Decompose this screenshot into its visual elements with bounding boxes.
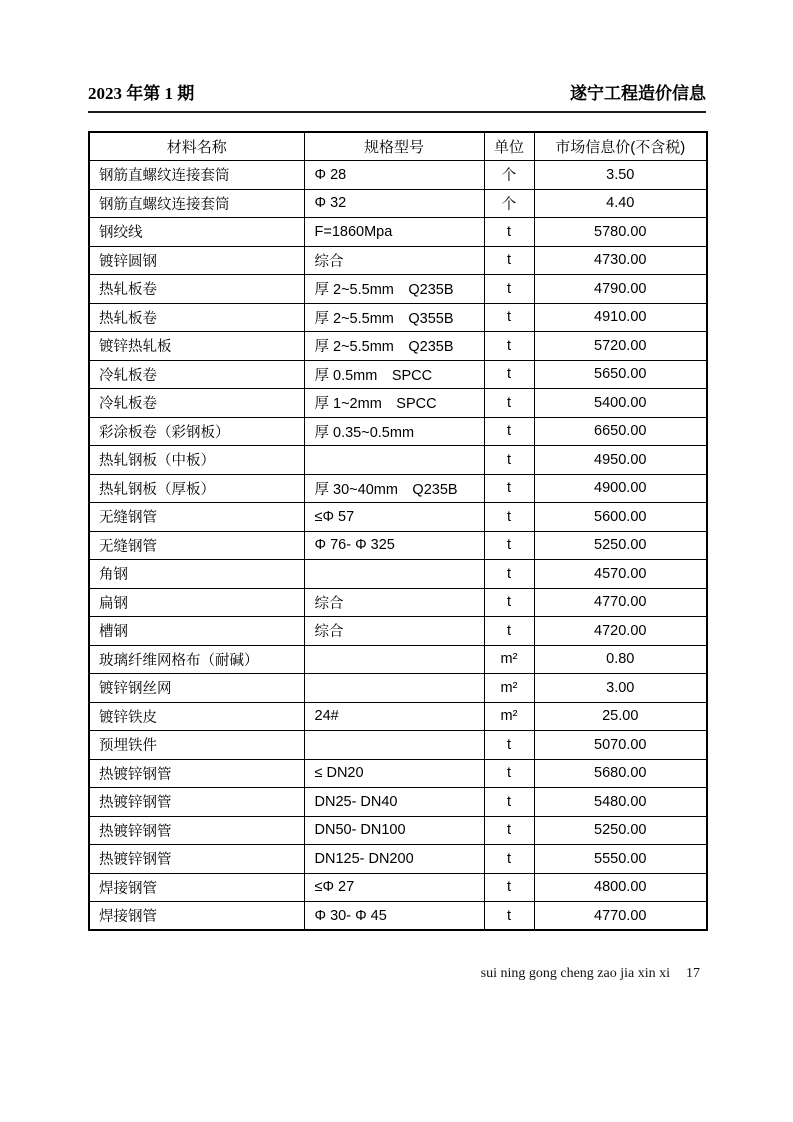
price-cell: 5250.00 xyxy=(534,531,707,560)
unit-cell: t xyxy=(484,474,534,503)
material-name-cell: 热镀锌钢管 xyxy=(89,845,304,874)
table-row: 扁钢综合t4770.00 xyxy=(89,588,707,617)
unit-cell: t xyxy=(484,588,534,617)
spec-cell: 综合 xyxy=(304,617,484,646)
material-name-cell: 钢绞线 xyxy=(89,218,304,247)
price-cell: 4900.00 xyxy=(534,474,707,503)
price-cell: 4770.00 xyxy=(534,588,707,617)
unit-cell: t xyxy=(484,503,534,532)
footer-pinyin: sui ning gong cheng zao jia xin xi xyxy=(481,966,670,981)
price-cell: 5650.00 xyxy=(534,360,707,389)
price-cell: 25.00 xyxy=(534,702,707,731)
spec-cell: 厚 30~40mm Q235B xyxy=(304,474,484,503)
spec-cell: Φ 32 xyxy=(304,189,484,218)
unit-cell: t xyxy=(484,218,534,247)
spec-cell: 综合 xyxy=(304,588,484,617)
spec-cell xyxy=(304,674,484,703)
unit-cell: t xyxy=(484,788,534,817)
material-name-cell: 无缝钢管 xyxy=(89,531,304,560)
table-row: 镀锌热轧板厚 2~5.5mm Q235Bt5720.00 xyxy=(89,332,707,361)
table-row: 彩涂板卷（彩钢板）厚 0.35~0.5mmt6650.00 xyxy=(89,417,707,446)
unit-cell: t xyxy=(484,303,534,332)
page-number: 17 xyxy=(686,966,700,981)
unit-cell: m² xyxy=(484,702,534,731)
table-row: 角钢t4570.00 xyxy=(89,560,707,589)
spec-cell: ≤Φ 27 xyxy=(304,873,484,902)
table-row: 热轧板卷厚 2~5.5mm Q235Bt4790.00 xyxy=(89,275,707,304)
spec-cell: 厚 0.35~0.5mm xyxy=(304,417,484,446)
material-name-cell: 冷轧板卷 xyxy=(89,360,304,389)
price-cell: 4730.00 xyxy=(534,246,707,275)
price-cell: 5250.00 xyxy=(534,816,707,845)
table-row: 预埋铁件t5070.00 xyxy=(89,731,707,760)
material-name-cell: 热轧钢板（中板） xyxy=(89,446,304,475)
table-body: 钢筋直螺纹连接套筒Φ 28个3.50钢筋直螺纹连接套筒Φ 32个4.40钢绞线F… xyxy=(89,161,707,931)
table-row: 镀锌铁皮24#m²25.00 xyxy=(89,702,707,731)
table-row: 焊接钢管≤Φ 27t4800.00 xyxy=(89,873,707,902)
unit-cell: t xyxy=(484,873,534,902)
price-cell: 5400.00 xyxy=(534,389,707,418)
spec-cell xyxy=(304,731,484,760)
unit-cell: t xyxy=(484,246,534,275)
price-cell: 4.40 xyxy=(534,189,707,218)
table-row: 热镀锌钢管DN125- DN200t5550.00 xyxy=(89,845,707,874)
spec-cell xyxy=(304,645,484,674)
table-row: 无缝钢管≤Φ 57t5600.00 xyxy=(89,503,707,532)
spec-cell: 厚 0.5mm SPCC xyxy=(304,360,484,389)
price-table: 材料名称 规格型号 单位 市场信息价(不含税) 钢筋直螺纹连接套筒Φ 28个3.… xyxy=(88,131,708,931)
material-name-cell: 镀锌圆钢 xyxy=(89,246,304,275)
price-cell: 0.80 xyxy=(534,645,707,674)
material-name-cell: 焊接钢管 xyxy=(89,873,304,902)
table-row: 热轧板卷厚 2~5.5mm Q355Bt4910.00 xyxy=(89,303,707,332)
unit-cell: t xyxy=(484,275,534,304)
spec-cell: DN25- DN40 xyxy=(304,788,484,817)
unit-cell: t xyxy=(484,816,534,845)
spec-cell: Φ 76- Φ 325 xyxy=(304,531,484,560)
table-row: 镀锌圆钢综合t4730.00 xyxy=(89,246,707,275)
price-cell: 3.00 xyxy=(534,674,707,703)
price-cell: 4910.00 xyxy=(534,303,707,332)
price-cell: 5480.00 xyxy=(534,788,707,817)
spec-cell xyxy=(304,446,484,475)
table-row: 钢筋直螺纹连接套筒Φ 28个3.50 xyxy=(89,161,707,190)
material-name-cell: 热轧板卷 xyxy=(89,303,304,332)
table-row: 钢筋直螺纹连接套筒Φ 32个4.40 xyxy=(89,189,707,218)
unit-cell: 个 xyxy=(484,189,534,218)
material-name-cell: 彩涂板卷（彩钢板） xyxy=(89,417,304,446)
price-cell: 4790.00 xyxy=(534,275,707,304)
table-row: 热轧钢板（厚板）厚 30~40mm Q235Bt4900.00 xyxy=(89,474,707,503)
unit-cell: t xyxy=(484,731,534,760)
material-name-cell: 镀锌热轧板 xyxy=(89,332,304,361)
table-header-row: 材料名称 规格型号 单位 市场信息价(不含税) xyxy=(89,132,707,161)
unit-cell: t xyxy=(484,759,534,788)
publication-title: 遂宁工程造价信息 xyxy=(570,79,706,104)
spec-cell: Φ 28 xyxy=(304,161,484,190)
column-header-unit: 单位 xyxy=(484,132,534,161)
table-row: 玻璃纤维网格布（耐碱）m²0.80 xyxy=(89,645,707,674)
material-name-cell: 热轧钢板（厚板） xyxy=(89,474,304,503)
material-name-cell: 热镀锌钢管 xyxy=(89,816,304,845)
spec-cell: DN50- DN100 xyxy=(304,816,484,845)
spec-cell: F=1860Mpa xyxy=(304,218,484,247)
material-name-cell: 冷轧板卷 xyxy=(89,389,304,418)
table-row: 冷轧板卷厚 1~2mm SPCCt5400.00 xyxy=(89,389,707,418)
material-name-cell: 无缝钢管 xyxy=(89,503,304,532)
unit-cell: m² xyxy=(484,674,534,703)
price-cell: 6650.00 xyxy=(534,417,707,446)
material-name-cell: 热轧板卷 xyxy=(89,275,304,304)
page-footer: sui ning gong cheng zao jia xin xi17 xyxy=(88,966,700,982)
unit-cell: t xyxy=(484,845,534,874)
price-cell: 4570.00 xyxy=(534,560,707,589)
table-row: 热镀锌钢管DN25- DN40t5480.00 xyxy=(89,788,707,817)
unit-cell: t xyxy=(484,332,534,361)
unit-cell: t xyxy=(484,531,534,560)
spec-cell: 厚 1~2mm SPCC xyxy=(304,389,484,418)
material-name-cell: 预埋铁件 xyxy=(89,731,304,760)
spec-cell: ≤Φ 57 xyxy=(304,503,484,532)
price-cell: 5780.00 xyxy=(534,218,707,247)
spec-cell: DN125- DN200 xyxy=(304,845,484,874)
material-name-cell: 镀锌铁皮 xyxy=(89,702,304,731)
table-row: 焊接钢管Φ 30- Φ 45t4770.00 xyxy=(89,902,707,931)
material-name-cell: 钢筋直螺纹连接套筒 xyxy=(89,189,304,218)
price-cell: 5720.00 xyxy=(534,332,707,361)
material-name-cell: 玻璃纤维网格布（耐碱） xyxy=(89,645,304,674)
spec-cell: 综合 xyxy=(304,246,484,275)
price-cell: 5680.00 xyxy=(534,759,707,788)
table-row: 热镀锌钢管DN50- DN100t5250.00 xyxy=(89,816,707,845)
material-name-cell: 钢筋直螺纹连接套筒 xyxy=(89,161,304,190)
material-name-cell: 镀锌钢丝网 xyxy=(89,674,304,703)
table-row: 钢绞线F=1860Mpat5780.00 xyxy=(89,218,707,247)
unit-cell: t xyxy=(484,902,534,931)
material-name-cell: 焊接钢管 xyxy=(89,902,304,931)
issue-label: 2023 年第 1 期 xyxy=(88,79,194,104)
column-header-spec: 规格型号 xyxy=(304,132,484,161)
material-name-cell: 热镀锌钢管 xyxy=(89,788,304,817)
unit-cell: m² xyxy=(484,645,534,674)
unit-cell: t xyxy=(484,617,534,646)
unit-cell: 个 xyxy=(484,161,534,190)
price-cell: 5550.00 xyxy=(534,845,707,874)
price-cell: 5070.00 xyxy=(534,731,707,760)
table-row: 冷轧板卷厚 0.5mm SPCCt5650.00 xyxy=(89,360,707,389)
price-cell: 4950.00 xyxy=(534,446,707,475)
unit-cell: t xyxy=(484,389,534,418)
material-name-cell: 角钢 xyxy=(89,560,304,589)
unit-cell: t xyxy=(484,560,534,589)
table-row: 镀锌钢丝网m²3.00 xyxy=(89,674,707,703)
material-name-cell: 扁钢 xyxy=(89,588,304,617)
column-header-price: 市场信息价(不含税) xyxy=(534,132,707,161)
spec-cell: 厚 2~5.5mm Q355B xyxy=(304,303,484,332)
table-row: 热轧钢板（中板）t4950.00 xyxy=(89,446,707,475)
unit-cell: t xyxy=(484,446,534,475)
spec-cell: 24# xyxy=(304,702,484,731)
column-header-material: 材料名称 xyxy=(89,132,304,161)
document-page: 2023 年第 1 期 遂宁工程造价信息 材料名称 规格型号 单位 市场信息价(… xyxy=(0,0,793,1122)
page-header: 2023 年第 1 期 遂宁工程造价信息 xyxy=(88,79,706,113)
spec-cell: 厚 2~5.5mm Q235B xyxy=(304,332,484,361)
price-cell: 4800.00 xyxy=(534,873,707,902)
table-row: 无缝钢管Φ 76- Φ 325t5250.00 xyxy=(89,531,707,560)
price-cell: 3.50 xyxy=(534,161,707,190)
material-name-cell: 槽钢 xyxy=(89,617,304,646)
unit-cell: t xyxy=(484,417,534,446)
table-row: 热镀锌钢管≤ DN20t5680.00 xyxy=(89,759,707,788)
spec-cell: ≤ DN20 xyxy=(304,759,484,788)
price-cell: 4720.00 xyxy=(534,617,707,646)
spec-cell xyxy=(304,560,484,589)
unit-cell: t xyxy=(484,360,534,389)
table-row: 槽钢综合t4720.00 xyxy=(89,617,707,646)
spec-cell: Φ 30- Φ 45 xyxy=(304,902,484,931)
spec-cell: 厚 2~5.5mm Q235B xyxy=(304,275,484,304)
material-name-cell: 热镀锌钢管 xyxy=(89,759,304,788)
price-cell: 5600.00 xyxy=(534,503,707,532)
price-cell: 4770.00 xyxy=(534,902,707,931)
